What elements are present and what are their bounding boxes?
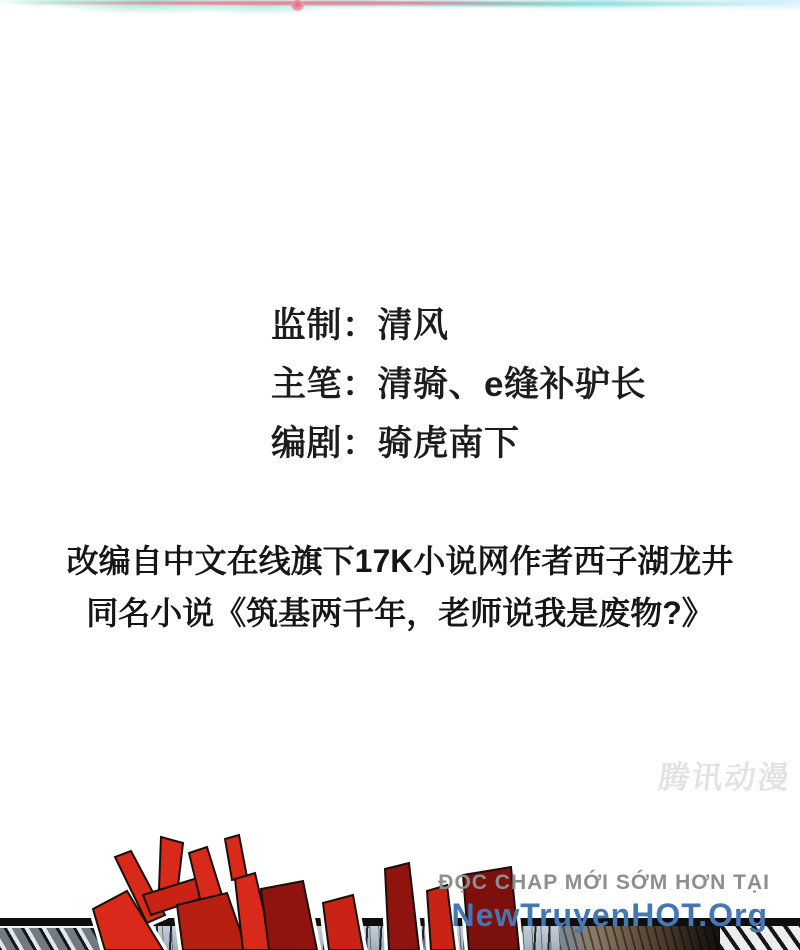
credit-lead-artist: 主笔：清骑、e缝补驴长 (271, 367, 646, 402)
comic-page: 监制：清风 主笔：清骑、e缝补驴长 编剧：骑虎南下 改编自中文在线旗下17K小说… (0, 0, 800, 950)
publisher-watermark: 腾讯动漫 (656, 752, 800, 797)
promo-tagline: ĐỌC CHAP MỚI SỚM HƠN TẠI (438, 870, 770, 896)
site-promo: ĐỌC CHAP MỚI SỚM HƠN TẠI NewTruyenHOT.Or… (438, 870, 770, 932)
promo-site-name: NewTruyenHOT.Org (438, 898, 768, 932)
credit-screenwriter: 编剧：骑虎南下 (271, 426, 646, 461)
adaptation-note: 改编自中文在线旗下17K小说网作者西子湖龙井 同名小说《筑基两千年，老师说我是废… (0, 543, 800, 647)
adaptation-line-1: 改编自中文在线旗下17K小说网作者西子湖龙井 (0, 543, 800, 579)
adaptation-line-2: 同名小说《筑基两千年，老师说我是废物?》 (0, 595, 800, 631)
credits-block: 监制：清风 主笔：清骑、e缝补驴长 编剧：骑虎南下 (271, 308, 646, 485)
top-artwork-fragment (0, 0, 800, 36)
pink-petal-dot (291, 0, 304, 11)
credit-supervisor: 监制：清风 (271, 308, 646, 343)
